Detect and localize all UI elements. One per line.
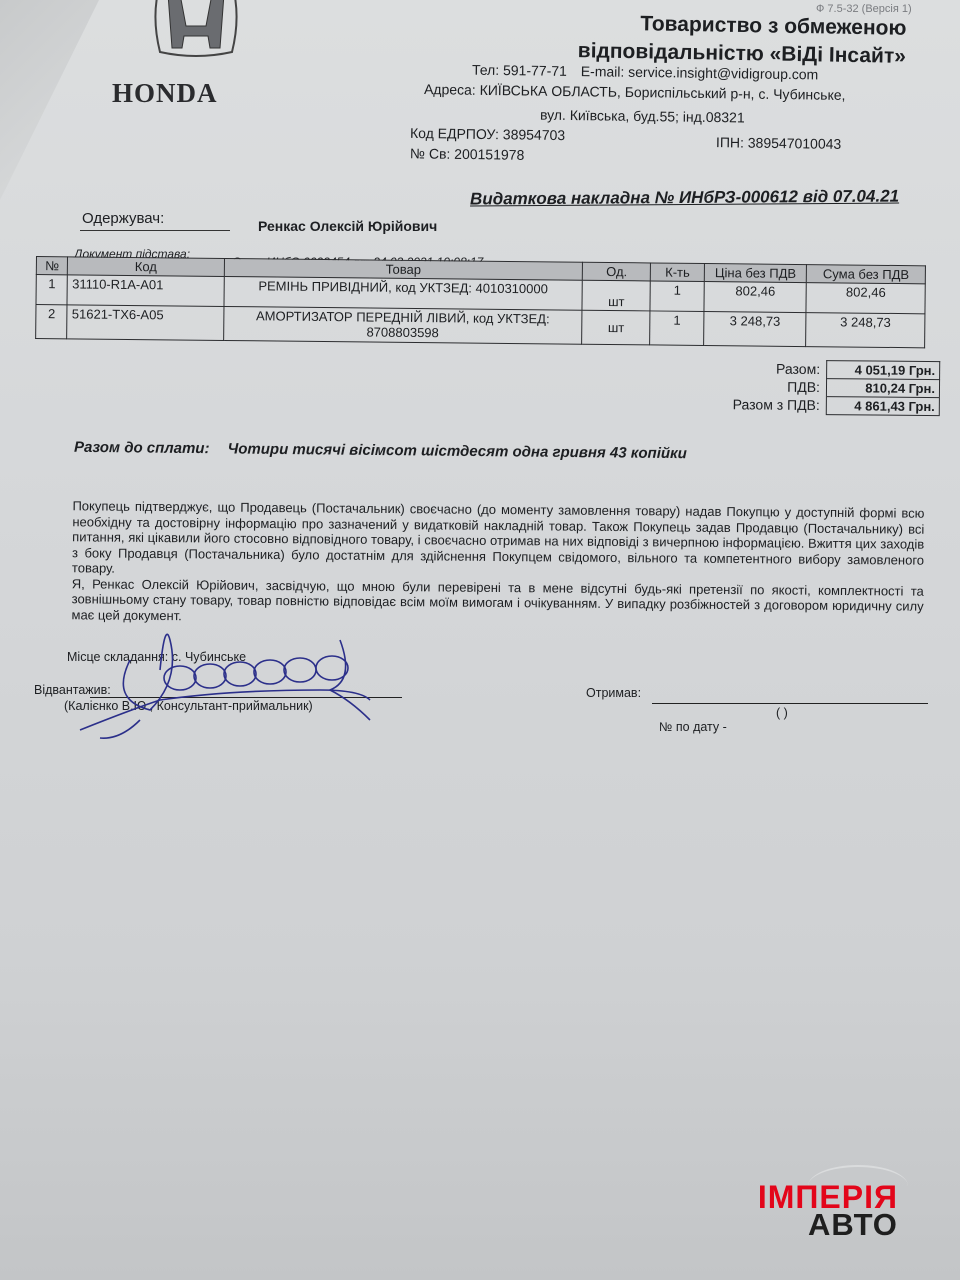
total-label: Разом: bbox=[690, 360, 826, 377]
col-qty: К-ть bbox=[651, 263, 705, 282]
received-name-placeholder: ( ) bbox=[776, 706, 788, 720]
total-subtotal: Разом: 4 051,19 Грн. bbox=[690, 359, 940, 379]
total-label: ПДВ: bbox=[690, 378, 826, 395]
honda-h-emblem-icon bbox=[148, 0, 244, 66]
company-certificate: № Св: 200151978 bbox=[410, 145, 525, 163]
col-number: № bbox=[36, 257, 68, 275]
row-unit: шт bbox=[582, 280, 650, 311]
col-sum: Сума без ПДВ bbox=[807, 265, 926, 284]
row-code: 51621-TX6-A05 bbox=[67, 305, 223, 341]
confirmation-text: Покупець підтверджує, що Продавець (Пост… bbox=[71, 498, 924, 629]
total-value: 4 861,43 Грн. bbox=[826, 396, 940, 416]
col-code: Код bbox=[68, 257, 224, 277]
recipient-label: Одержувач: bbox=[82, 210, 164, 227]
company-address-line2: вул. Київська, буд.55; інд.08321 bbox=[540, 107, 745, 126]
row-price: 802,46 bbox=[704, 281, 807, 312]
row-number: 1 bbox=[36, 275, 68, 305]
row-code: 31110-R1A-A01 bbox=[67, 275, 223, 307]
totals-block: Разом: 4 051,19 Грн. ПДВ: 810,24 Грн. Ра… bbox=[690, 359, 940, 415]
row-price: 3 248,73 bbox=[704, 311, 807, 346]
items-table: № Код Товар Од. К-ть Ціна без ПДВ Сума б… bbox=[35, 256, 926, 348]
row-item: АМОРТИЗАТОР ПЕРЕДНІЙ ЛІВИЙ, код УКТЗЕД: … bbox=[223, 306, 582, 344]
received-signature-line bbox=[652, 703, 928, 704]
company-edrpou: Код ЕДРПОУ: 38954703 bbox=[410, 125, 565, 143]
row-number: 2 bbox=[36, 305, 68, 339]
row-sum: 3 248,73 bbox=[806, 313, 925, 348]
recipient-underline bbox=[80, 230, 230, 231]
honda-wordmark: HONDA bbox=[112, 78, 218, 109]
total-label: Разом з ПДВ: bbox=[690, 396, 826, 413]
company-ipn: ІПН: 389547010043 bbox=[716, 134, 841, 152]
payment-label: Разом до сплати: bbox=[74, 439, 210, 457]
company-email: E-mail: service.insight@vidigroup.com bbox=[581, 63, 819, 82]
handwritten-signature-icon bbox=[70, 620, 390, 760]
total-value: 810,24 Грн. bbox=[826, 378, 940, 397]
recipient-name: Ренкас Олексій Юрійович bbox=[258, 218, 437, 234]
row-qty: 1 bbox=[650, 281, 704, 312]
watermark-line2: АВТО bbox=[758, 1211, 898, 1239]
total-vat: ПДВ: 810,24 Грн. bbox=[690, 377, 940, 397]
total-with-vat: Разом з ПДВ: 4 861,43 Грн. bbox=[690, 395, 940, 415]
total-value: 4 051,19 Грн. bbox=[826, 360, 940, 379]
received-label: Отримав: bbox=[586, 686, 641, 700]
row-unit: шт bbox=[582, 310, 650, 345]
col-unit: Од. bbox=[583, 262, 651, 281]
company-phone: Тел: 591-77-71 bbox=[472, 62, 567, 79]
received-date: № по дату - bbox=[659, 720, 727, 734]
row-qty: 1 bbox=[650, 311, 704, 346]
row-sum: 802,46 bbox=[806, 283, 925, 314]
row-item: РЕМІНЬ ПРИВІДНИЙ, код УКТЗЕД: 4010310000 bbox=[223, 276, 582, 310]
imperia-avto-watermark: ІМПЕРІЯ АВТО bbox=[758, 1183, 898, 1239]
document-title: Видаткова накладна № ИНбРЗ-000612 від 07… bbox=[470, 187, 899, 210]
company-header: Товариство з обмеженою відповідальністю … bbox=[577, 9, 906, 71]
col-price: Ціна без ПДВ bbox=[704, 264, 807, 283]
confirmation-paragraph-1: Покупець підтверджує, що Продавець (Пост… bbox=[72, 498, 925, 583]
